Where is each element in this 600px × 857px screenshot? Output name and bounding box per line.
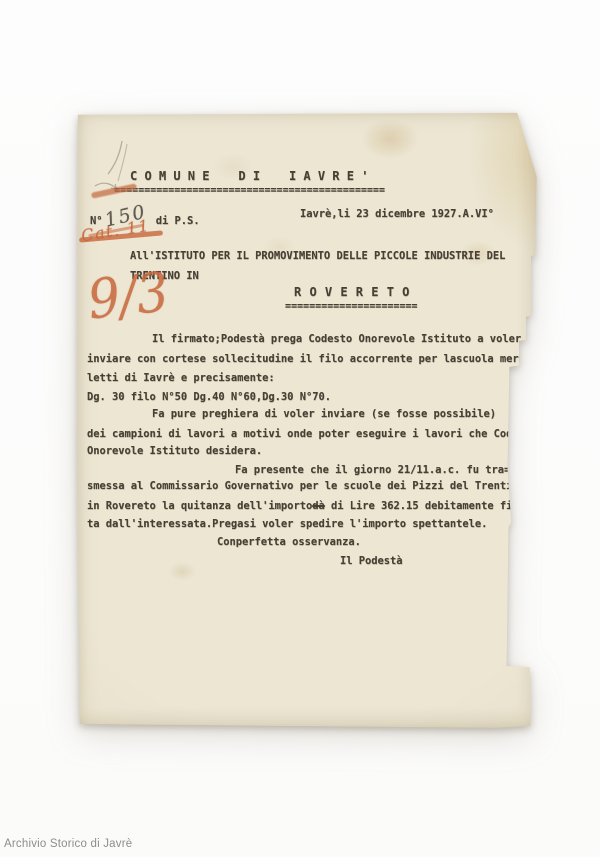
- body-line-4: Dg. 30 filo N°50 Dg.40 N°60,Dg.30 N°70.: [87, 391, 331, 404]
- body-line-9: smessa al Commissario Governativo per le…: [87, 480, 525, 493]
- closing-line: Conperfetta osservanza.: [217, 536, 361, 549]
- date-line: Iavrè,li 23 dicembre 1927.A.VI°: [300, 208, 494, 221]
- city-divider: ======================: [285, 300, 417, 314]
- handwritten-protocol-number: 9/3: [85, 261, 172, 332]
- recipient-line-1: All'ISTITUTO PER IL PROMOVIMENTO DELLE P…: [130, 250, 505, 263]
- ref-suffix: di P.S.: [156, 215, 200, 227]
- body-line-2: inviare con cortese sollecitudine il fil…: [87, 353, 525, 366]
- letterhead-divider: ========================================…: [114, 184, 385, 198]
- letterhead-title: C O M U N E D I I A V R E ': [130, 170, 368, 183]
- signature-line: Il Podestà: [340, 555, 403, 568]
- body-line-1: Il firmato;Podestà prega Codesto Onorevo…: [152, 333, 521, 346]
- scan-background: C O M U N E D I I A V R E ' ============…: [0, 0, 600, 857]
- letter-paper: C O M U N E D I I A V R E ' ============…: [76, 111, 538, 729]
- body-line-11: ta dall'interessata.Pregasi voler spedir…: [87, 518, 487, 531]
- body-line-3: letti di Iavrè e precisamente:: [87, 372, 275, 385]
- body-line-7: Onorevole Istituto desidera.: [87, 445, 262, 458]
- archive-caption: Archivio Storico di Javrè: [4, 838, 132, 850]
- struck-typo: dà: [312, 500, 325, 512]
- body-line-5: Fa pure preghiera di voler inviare (se f…: [152, 408, 496, 421]
- body-line-8: Fa presente che il giorno 21/11.a.c. fu …: [235, 464, 510, 477]
- body-line-10: in Rovereto la quitanza dell'importodà d…: [87, 500, 537, 513]
- recipient-city: R O V E R E T O: [294, 286, 410, 299]
- body-line-6: dei campioni di lavori a motivi onde pot…: [87, 428, 519, 441]
- paper-wrap: C O M U N E D I I A V R E ' ============…: [76, 111, 538, 729]
